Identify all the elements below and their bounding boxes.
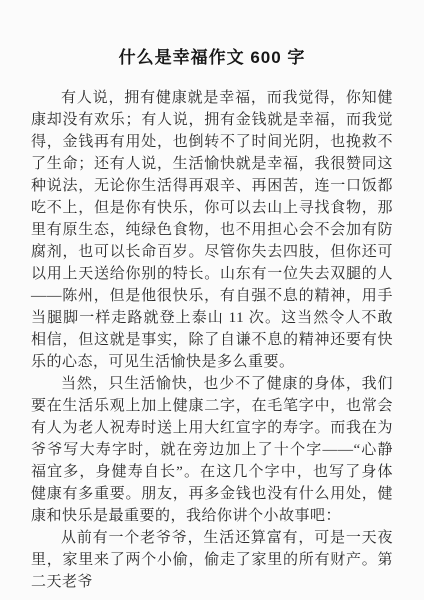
essay-body: 有人说，拥有健康就是幸福，而我觉得，你知健康却没有欢乐；有人说，拥有金钱就是幸福…: [31, 87, 393, 593]
essay-title: 什么是幸福作文 600 字: [31, 46, 393, 70]
document-page: 什么是幸福作文 600 字 有人说，拥有健康就是幸福，而我觉得，你知健康却没有欢…: [0, 0, 424, 600]
essay-paragraph-1: 有人说，拥有健康就是幸福，而我觉得，你知健康却没有欢乐；有人说，拥有金钱就是幸福…: [31, 87, 393, 373]
essay-paragraph-2: 当然，只生活愉快，也少不了健康的身体，我们要在生活乐观上加上健康二字，在毛笔字中…: [31, 373, 393, 527]
essay-paragraph-3: 从前有一个老爷爷，生活还算富有，可是一天夜里，家里来了两个小偷，偷走了家里的所有…: [31, 527, 393, 593]
